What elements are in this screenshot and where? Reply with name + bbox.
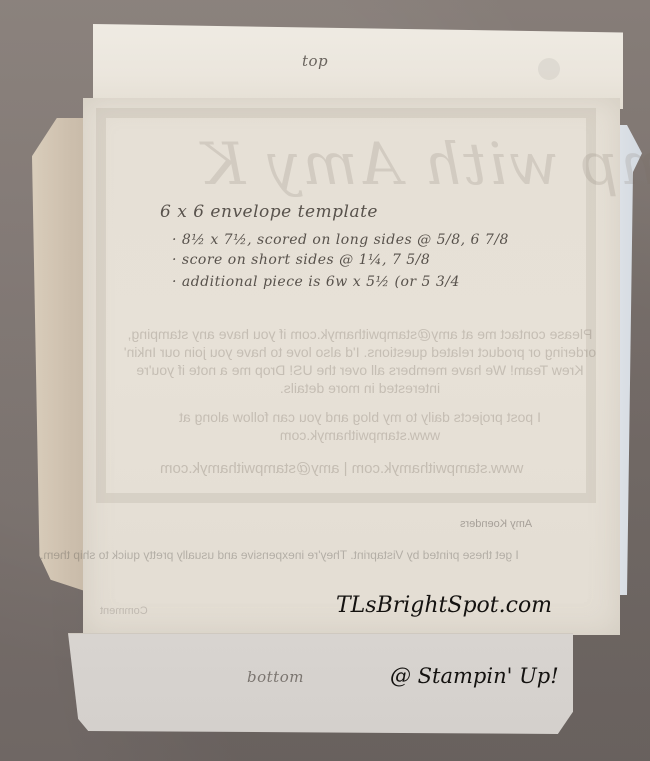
showthrough-title: Stamp with Amy K [200,130,650,198]
watermark-site: TLsBrightSpot.com [336,593,552,618]
note-title: 6 x 6 envelope template [160,202,378,222]
label-top: top [302,52,328,70]
showthrough-blog-line: I post projects daily to my blog and you… [140,408,580,444]
note-line: · 8½ x 7½, scored on long sides @ 5/8, 6… [172,232,509,248]
showthrough-comment-button: Comment [100,605,148,617]
showthrough-comment-author: Amy Koenders [460,518,532,530]
showthrough-paragraph: Please contact me at amy@stampwithamyk.c… [120,325,600,397]
showthrough-avatar [538,58,560,80]
watermark-brand: @ Stampin' Up! [390,664,559,688]
label-bottom: bottom [247,668,304,686]
note-line: · additional piece is 6w x 5½ (or 5 3/4 [172,274,460,290]
note-line: · score on short sides @ 1¼, 7 5/8 [172,252,430,268]
showthrough-url: www.stampwithamyk.com | amy@stampwithamy… [160,460,523,477]
showthrough-comment-text: I get these printed by Vistaprint. They'… [40,548,519,562]
